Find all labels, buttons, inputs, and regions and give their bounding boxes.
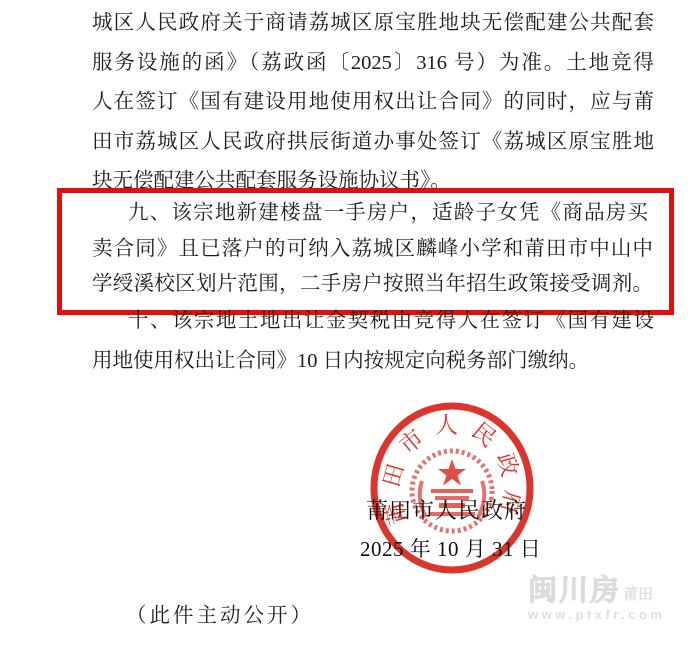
body-line: 城区人民政府关于商请荔城区原宝胜地块无偿配建公共配套 <box>92 4 654 44</box>
highlight-box: 九、该宗地新建楼盘一手房户，适龄子女凭《商品房买 卖合同》且已落户的可纳入荔城区… <box>57 188 674 315</box>
boxed-line: 学绶溪校区划片范围，二手房户按照当年招生政策接受调剂。 <box>92 267 653 303</box>
disclosure-note: （此件主动公开） <box>126 598 314 628</box>
paragraph-ten: 十、该宗地土地出让金契税由竞得人在签订《国有建设 用地使用权出让合同》10 日内… <box>92 302 654 381</box>
watermark-url: www.ptxfr.com <box>528 607 696 622</box>
body-line: 服务设施的函》（荔政函〔2025〕316 号）为准。土地竞得 <box>92 44 654 84</box>
document-page: 闽川房 莆田 www.ptxfr.com 城区人民政府关于商请荔城区原宝胜地块无… <box>0 0 700 653</box>
watermark-brand-large: 闽川房 <box>528 576 621 606</box>
body-line: 十、该宗地土地出让金契税由竞得人在签订《国有建设 <box>128 302 654 342</box>
body-line: 田市荔城区人民政府拱辰街道办事处签订《荔城区原宝胜地 <box>92 123 654 163</box>
body-line: 用地使用权出让合同》10 日内按规定向税务部门缴纳。 <box>92 342 654 382</box>
site-watermark: 闽川房 莆田 www.ptxfr.com <box>528 576 696 622</box>
body-line: 人在签订《国有建设用地使用权出让合同》的同时，应与莆 <box>92 83 654 123</box>
document-date: 2025 年 10 月 31 日 <box>360 533 541 563</box>
signature-authority: 莆田市人民政府 <box>366 494 527 525</box>
watermark-brand-small: 莆田 <box>623 584 653 606</box>
boxed-line: 九、该宗地新建楼盘一手房户，适龄子女凭《商品房买 <box>128 196 648 232</box>
paragraph-intro: 城区人民政府关于商请荔城区原宝胜地块无偿配建公共配套 服务设施的函》（荔政函〔2… <box>92 4 654 202</box>
boxed-line: 卖合同》且已落户的可纳入荔城区麟峰小学和莆田市中山中 <box>92 232 653 268</box>
